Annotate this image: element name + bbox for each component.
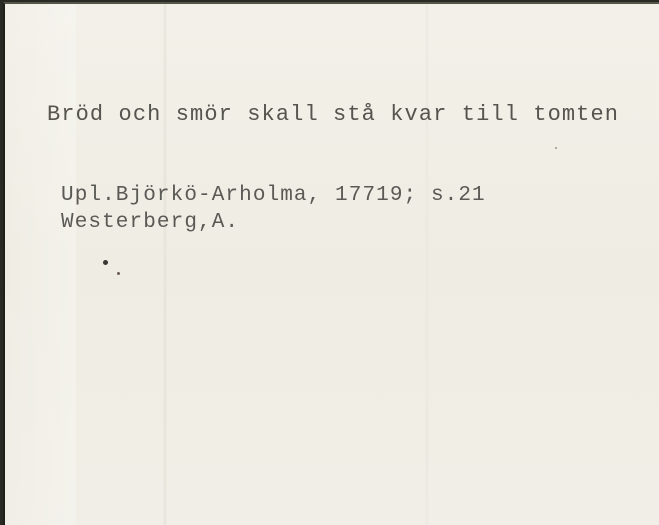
ink-speck — [117, 272, 120, 275]
ink-speck — [103, 260, 108, 265]
card-title: Bröd och smör skall stå kvar till tomten — [47, 102, 619, 127]
source-reference: Upl.Björkö-Arholma, 17719; s.21 — [61, 184, 486, 207]
index-card: Bröd och smör skall stå kvar till tomten… — [3, 2, 659, 525]
informant-name: Westerberg,A. — [61, 211, 239, 234]
paper-speck — [555, 147, 557, 149]
card-reference: Upl.Björkö-Arholma, 17719; s.21 Westerbe… — [61, 182, 486, 236]
